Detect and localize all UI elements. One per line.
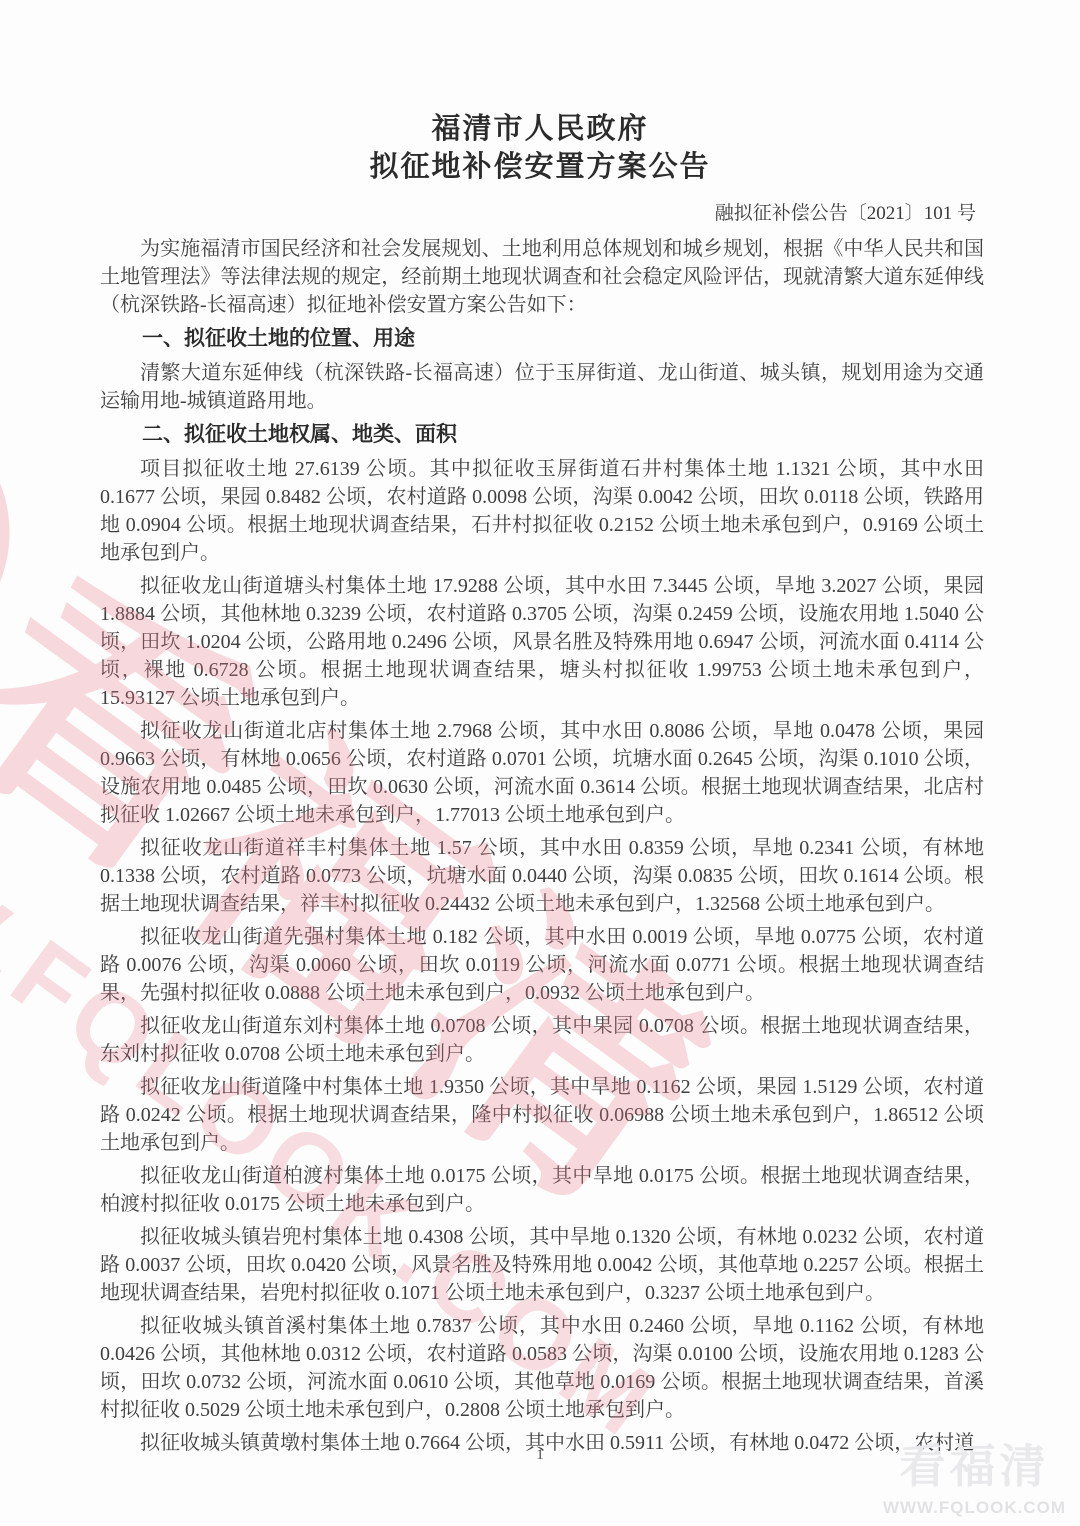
stamp-logo-ring-icon — [0, 346, 63, 719]
corner-watermark-url: WWW.FQLOOK.COM — [883, 1498, 1066, 1518]
doc-number: 融拟征补偿公告〔2021〕101 号 — [0, 198, 976, 225]
paragraph-xianqiang-village: 拟征收龙山街道先强村集体土地 0.182 公顷，其中水田 0.0019 公顷，旱… — [100, 923, 984, 1007]
section2-heading: 二、拟征收土地权属、地类、面积 — [100, 420, 984, 450]
paragraph-yandou-village: 拟征收城头镇岩兜村集体土地 0.4308 公顷，其中旱地 0.1320 公顷，有… — [100, 1223, 984, 1307]
paragraph-shouxi-village: 拟征收城头镇首溪村集体土地 0.7837 公顷，其中水田 0.2460 公顷，旱… — [100, 1312, 984, 1424]
title-block: 福清市人民政府 拟征地补偿安置方案公告 — [0, 0, 1080, 186]
doc-title-line1: 福清市人民政府 — [0, 110, 1080, 148]
doc-title-line2: 拟征地补偿安置方案公告 — [0, 148, 1080, 186]
announcement-page: 看福清 WWW.FQLOOK.COM 福清市人民政府 拟征地补偿安置方案公告 融… — [0, 0, 1080, 1526]
paragraph-xiangfeng-village: 拟征收龙山街道祥丰村集体土地 1.57 公顷，其中水田 0.8359 公顷，旱地… — [100, 834, 984, 918]
paragraph-dongliu-village: 拟征收龙山街道东刘村集体土地 0.0708 公顷，其中果园 0.0708 公顷。… — [100, 1012, 984, 1068]
paragraph-baidu-village: 拟征收龙山街道柏渡村集体土地 0.0175 公顷，其中旱地 0.0175 公顷。… — [100, 1162, 984, 1218]
page-number: 1 — [0, 1447, 1080, 1464]
paragraph-shijing-village: 项目拟征收土地 27.6139 公顷。其中拟征收玉屏街道石井村集体土地 1.13… — [100, 455, 984, 567]
intro-paragraph: 为实施福清市国民经济和社会发展规划、土地利用总体规划和城乡规划，根据《中华人民共… — [100, 235, 984, 319]
paragraph-tangtou-village: 拟征收龙山街道塘头村集体土地 17.9288 公顷，其中水田 7.3445 公顷… — [100, 572, 984, 712]
document-body: 为实施福清市国民经济和社会发展规划、土地利用总体规划和城乡规划，根据《中华人民共… — [100, 235, 984, 1457]
section1-paragraph: 清繁大道东延伸线（杭深铁路-长福高速）位于玉屏街道、龙山街道、城头镇，规划用途为… — [100, 359, 984, 415]
paragraph-beidian-village: 拟征收龙山街道北店村集体土地 2.7968 公顷，其中水田 0.8086 公顷，… — [100, 717, 984, 829]
section1-heading: 一、拟征收土地的位置、用途 — [100, 324, 984, 354]
paragraph-longzhong-village: 拟征收龙山街道隆中村集体土地 1.9350 公顷，其中旱地 0.1162 公顷，… — [100, 1073, 984, 1157]
